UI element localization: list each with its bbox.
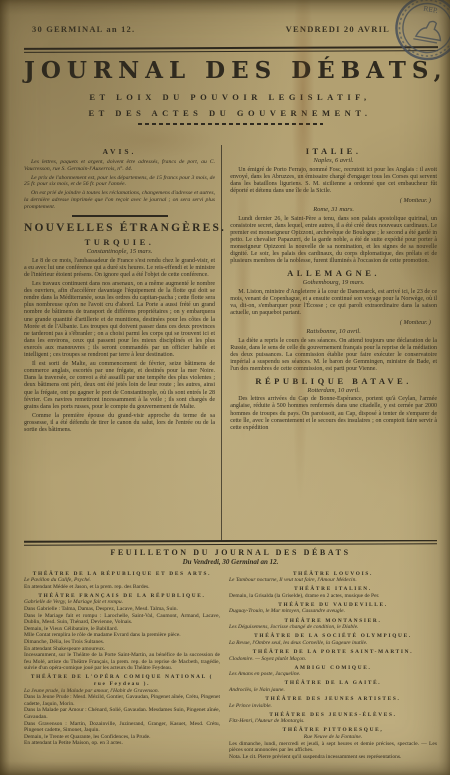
venue-heading: THÉÂTRE DE LA GAITÉ. bbox=[229, 680, 437, 687]
feuilleton-section: FEUILLETON DU JOURNAL DES DÉBATS Du Vend… bbox=[24, 540, 437, 769]
avis-heading: AVIS. bbox=[24, 147, 215, 156]
venue-heading: THÉÂTRE MONTANSIER. bbox=[229, 618, 437, 625]
venue-heading: THÉÂTRE DE L'OPÉRA COMIQUE NATIONAL ( ru… bbox=[24, 674, 220, 687]
masthead-dash-rule bbox=[138, 123, 323, 125]
article-paragraph: Les travaux continuent dans nos arsenaux… bbox=[24, 281, 215, 359]
ratisbonne-dateline: Ratisbonne, 10 avril. bbox=[230, 328, 437, 335]
program-line: La Jeune prude, la Malade par amour, l'H… bbox=[24, 688, 220, 695]
program-line: Dans Gravenson : Martin, Dozainville, Ju… bbox=[24, 721, 220, 734]
program-line: Le Pavillon du Calife, Psyché. bbox=[24, 577, 220, 584]
constantinople-dateline: Constantinople, 15 mars. bbox=[24, 248, 215, 255]
newspaper-subtitle-1: ET LOIX DU POUVOIR LEGISLATIF, bbox=[24, 92, 436, 102]
source-attribution: ( Moniteur. ) bbox=[230, 319, 431, 326]
article-paragraph: Des lettres arrivées du Cap de Bonne-Esp… bbox=[230, 396, 437, 431]
feuilleton-date: Du Vendredi, 30 Germinal an 12. bbox=[24, 558, 437, 566]
nouvelles-etrangeres-heading: NOUVELLES ÉTRANGÈRES. bbox=[24, 222, 215, 234]
program-line: Clodomire. — Soyez plutôt Maçon. bbox=[229, 656, 437, 663]
program-line: Dans la Malade par Amour : Chénard, Soli… bbox=[24, 707, 220, 720]
naples-dateline: Naples, 6 avril. bbox=[230, 157, 437, 164]
article-paragraph: Il est sorti de Malte, au commencement d… bbox=[24, 361, 215, 410]
postal-stamp-icon: REP. bbox=[387, 0, 450, 72]
program-line: Demain, le Trente et Quarante, les Confi… bbox=[24, 734, 220, 741]
header-double-rule bbox=[24, 46, 438, 53]
program-line: Dans Gabrielle : Talma, Damas, Desprez, … bbox=[24, 606, 220, 613]
allemagne-heading: ALLEMAGNE. bbox=[230, 268, 437, 278]
program-line: Demain, le Vieux Célibataire, le Babilla… bbox=[24, 626, 220, 633]
venue-heading: THÉÂTRE PITTORESQUE, bbox=[229, 727, 437, 734]
republique-batave-heading: RÉPUBLIQUE BATAVE. bbox=[230, 376, 437, 386]
program-line: Demain, la Grisalda (la Griselde), drame… bbox=[229, 593, 437, 600]
turquie-heading: TURQUIE. bbox=[24, 237, 215, 247]
venue-heading: THÉÂTRE DU VAUDEVILLE. bbox=[229, 602, 437, 609]
dateline-row: 30 GERMINAL an 12. VENDREDI 20 AVRIL bbox=[32, 24, 390, 34]
feuilleton-right-column: THÉÂTRE LOUVOIS.Le Tambour nocturne, Il … bbox=[224, 568, 437, 760]
venue-heading: THÉÂTRE ITALIEN. bbox=[229, 586, 437, 593]
main-columns: AVIS. Les lettres, paquets et argent, do… bbox=[24, 143, 437, 541]
program-line: Dans le Mariage fait et rompu : Larochel… bbox=[24, 613, 220, 626]
avis-paragraph: Les lettres, paquets et argent, doivent … bbox=[24, 159, 215, 172]
article-paragraph: Un émigré de Porto Ferrajo, nommé Fosc, … bbox=[230, 167, 437, 195]
program-line: Le Prince invisible. bbox=[229, 703, 437, 710]
avis-paragraph: On est prié de joindre à toutes les récl… bbox=[24, 190, 215, 210]
avis-paragraph: Le prix de l'abonnement est, pour les dé… bbox=[24, 175, 215, 188]
venue-heading: AMBIGU COMIQUE. bbox=[229, 665, 437, 672]
article-paragraph: La diète a repris le cours de ses séance… bbox=[230, 338, 437, 373]
feuilleton-title: FEUILLETON DU JOURNAL DES DÉBATS bbox=[24, 548, 437, 557]
program-line: La Revue, l'Ombre seul, les deux Corneil… bbox=[229, 640, 437, 647]
program-line: Incessamment, sur le Théâtre de la Porte… bbox=[24, 652, 220, 672]
venue-heading: THÉÂTRE DES JEUNES-ÉLÈVES. bbox=[229, 712, 437, 719]
column-divider-rule bbox=[221, 145, 222, 541]
issue-date-republican: 30 GERMINAL an 12. bbox=[32, 24, 135, 34]
program-line: Les Déguisemens, Jocrisse changé de cond… bbox=[229, 624, 437, 631]
feuilleton-left-column: THÉÂTRE DE LA RÉPUBLIQUE ET DES ARTS.Le … bbox=[24, 568, 224, 760]
program-line: Dans la Jeune Prude : Mesd. Mézild, Gont… bbox=[24, 694, 220, 707]
rome-dateline: Rome, 31 mars. bbox=[230, 206, 437, 213]
program-line: En attendant Médée et Jason, et la prem.… bbox=[24, 584, 220, 591]
source-attribution: ( Moniteur. ) bbox=[230, 197, 431, 204]
program-line: Le Tambour nocturne, Il veut tout faire,… bbox=[229, 577, 437, 584]
section-rule bbox=[72, 215, 168, 217]
italie-heading: ITALIE. bbox=[230, 146, 437, 156]
program-line: Nota. Le cit. Pierre prévient qu'il susp… bbox=[229, 754, 437, 761]
program-line: Dimanche, Délia, les Trois Sultanes. bbox=[24, 639, 220, 646]
program-line: Les Amans en poste, Jacqueline. bbox=[229, 671, 437, 678]
rotterdam-dateline: Rotterdam, 10 avril. bbox=[230, 387, 437, 394]
gothembourg-dateline: Gothembourg, 19 mars. bbox=[230, 279, 437, 286]
masthead: JOURNAL DES DÉBATS, ET LOIX DU POUVOIR L… bbox=[24, 56, 436, 125]
program-line: Rue Neuve de la Fontaine. bbox=[229, 734, 437, 741]
program-line: Fitz-Henri, l'Auteur de Montargis. bbox=[229, 718, 437, 725]
program-line: Mlle Contat remplira le rôle de madame E… bbox=[24, 632, 220, 639]
article-paragraph: Comme la première épouse du grand-visir … bbox=[24, 413, 215, 434]
article-paragraph: Le 8 de ce mois, l'ambassadeur de France… bbox=[24, 258, 215, 279]
stamp-graphic: REP. bbox=[388, 0, 450, 67]
right-column: ITALIE. Naples, 6 avril. Un émigré de Po… bbox=[223, 143, 437, 541]
newspaper-scan: { "ink_color": "#2f2a1f", "paper_color":… bbox=[0, 0, 450, 775]
article-paragraph: Lundi dernier 26, le Saint-Père a tenu, … bbox=[230, 216, 437, 265]
article-paragraph: M. Liston, ministre d'Angleterre à la co… bbox=[230, 289, 437, 317]
program-line: Androclès, le Nain jaune. bbox=[229, 687, 437, 694]
issue-date-gregorian: VENDREDI 20 AVRIL bbox=[286, 24, 390, 34]
feuilleton-columns: THÉÂTRE DE LA RÉPUBLIQUE ET DES ARTS.Le … bbox=[24, 568, 437, 760]
program-line: En attendant la Petite Maison, op. en 3 … bbox=[24, 740, 220, 747]
venue-heading: THÉÂTRE DES JEUNES ARTISTES. bbox=[229, 696, 437, 703]
left-column: AVIS. Les lettres, paquets et argent, do… bbox=[24, 143, 220, 541]
program-line: Les dimanche, lundi, mercredi et jeudi, … bbox=[229, 741, 437, 754]
feuilleton-top-rule bbox=[24, 540, 437, 546]
newspaper-title: JOURNAL DES DÉBATS, bbox=[24, 56, 436, 86]
venue-heading: THÉÂTRE DE LA PORTE SAINT-MARTIN. bbox=[229, 649, 437, 656]
program-line: Gabrielle de Vergy, le Mariage fait et r… bbox=[24, 599, 220, 606]
newspaper-subtitle-2: ET DES ACTES DU GOUVERNEMENT. bbox=[24, 108, 436, 118]
program-line: Duguay-Trouin, le Mur mitoyen, Cassandre… bbox=[229, 608, 437, 615]
venue-heading: THÉÂTRE DE LA SOCIÉTÉ OLYMPIQUE. bbox=[229, 633, 437, 640]
